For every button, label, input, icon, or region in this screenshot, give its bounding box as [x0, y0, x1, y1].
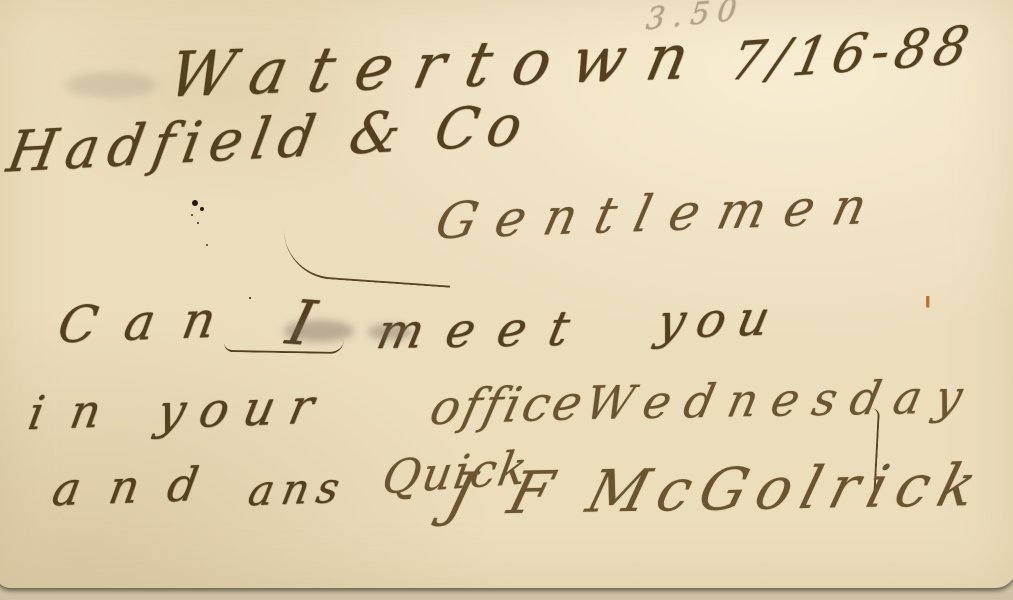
body-word: you — [652, 290, 787, 351]
ink-smudge — [368, 324, 413, 340]
body-word: Can — [54, 290, 248, 355]
postcard-paper: 3.50 Watertown 7/16-88 Hadfield & Co Gen… — [0, 0, 1013, 588]
pen-swash — [281, 226, 454, 288]
body-word: office — [425, 375, 591, 437]
body-word: and — [48, 456, 231, 516]
body-word: in — [24, 383, 132, 441]
stray-ink-mark: ' — [922, 288, 934, 337]
body-word: ans — [244, 463, 351, 516]
photo-backdrop: { "postcard": { "pencil_price": "3.50", … — [0, 0, 1013, 600]
addressee-line: Hadfield & Co — [2, 93, 535, 186]
salutation-line: Gentlemen — [430, 176, 891, 250]
dateline-date: 7/16-88 — [725, 15, 980, 93]
body-word: your — [152, 378, 334, 440]
pencil-smudge — [66, 72, 156, 98]
ink-smudge — [284, 320, 354, 342]
signature: J F McGolrick — [440, 451, 994, 529]
body-word: Wednesday — [580, 369, 981, 430]
ink-specks — [192, 200, 198, 206]
